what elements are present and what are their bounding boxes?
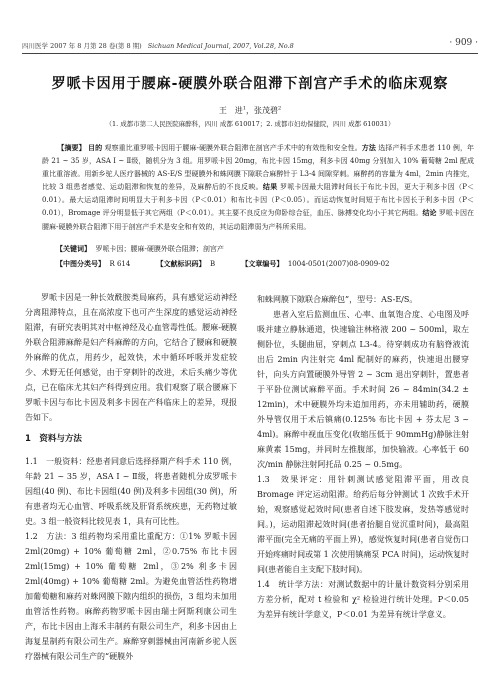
objective-text: 观察重比重罗哌卡因用于腰麻-硬膜外联合阻滞在剖宫产手术中的有效性和安全性。 (105, 144, 362, 152)
objective-label: 目的 (88, 144, 102, 152)
methods-label: 方法 (362, 144, 376, 152)
abstract-label: 【摘要】 (57, 144, 85, 152)
page-number: · 909 · (449, 38, 478, 48)
intro-paragraph: 罗哌卡因是一种长效酰胺类局麻药，具有感觉运动神经分离阻滞特点，且在高浓度下也可产… (25, 290, 237, 425)
subsection-1-1: 1.1 一般资料：经患者同意后选择择期产科手术 110 例，年龄 21 ~ 35… (25, 454, 237, 529)
author-line: 王 进1，张茂碧2 (0, 105, 500, 116)
author-name: 张茂碧 (254, 106, 278, 115)
header-divider (22, 53, 478, 54)
subsection-1-2: 1.2 方法：3 组药物均采用重比重配方：①1% 罗哌卡因 2ml(20mg) … (25, 529, 237, 664)
body-column-left: 罗哌卡因是一种长效酰胺类局麻药，具有感觉运动神经分离阻滞特点，且在高浓度下也可产… (25, 290, 237, 664)
procedure-paragraph: 患者入室后监测血压、心率、血氧饱合度、心电图及呼吸并建立静脉通道，快速输注林格液… (257, 307, 469, 472)
clc-label: 【中图分类号】 (56, 260, 105, 268)
doc-code-label: 【文献标识码】 (157, 260, 206, 268)
subsection-1-4: 1.4 统计学方法：对测试数据中的计量计数资料分别采用方差分析，配对 t 检验和… (257, 577, 469, 622)
author-separator: ， (246, 106, 254, 115)
abstract-body: 【摘要】 目的 观察重比重罗哌卡因用于腰麻-硬膜外联合阻滞在剖宫产手术中的有效性… (42, 142, 474, 234)
conclusion-label: 结论 (422, 209, 436, 217)
journal-citation: 四川医学 2007 年 8 月第 28 卷(第 8 期)Sichuan Medi… (22, 41, 294, 50)
section-heading: 1 资料与方法 (25, 432, 237, 447)
article-no-label: 【文章编号】 (241, 260, 283, 268)
journal-cn: 四川医学 2007 年 8 月第 28 卷(第 8 期) (22, 42, 142, 50)
results-label: 结果 (263, 183, 278, 191)
author-affil-mark: 2 (278, 105, 281, 111)
keywords-label: 【关键词】 (56, 245, 91, 253)
keywords-row: 【关键词】 罗哌卡因；腰麻-硬膜外联合阻滞；剖宫产 (56, 244, 224, 254)
subsection-1-3: 1.3 效果评定：用针刺测试感觉阻滞平面，用改良 Bromage 评定运动阻滞。… (257, 472, 469, 577)
affiliations: （1. 成都市第二人民医院麻醉科，四川 成都 610017；2. 成都市妇幼保健… (0, 119, 500, 128)
clc-value: R 614 (109, 260, 130, 268)
abstract: 【摘要】 目的 观察重比重罗哌卡因用于腰麻-硬膜外联合阻滞在剖宫产手术中的有效性… (42, 142, 474, 234)
classification-row: 【中图分类号】 R 614 【文献标识码】 B 【文章编号】 1004-0501… (56, 259, 389, 269)
article-no-value: 1004-0501(2007)08-0909-02 (288, 260, 390, 268)
keywords-text: 罗哌卡因；腰麻-硬膜外联合阻滞；剖宫产 (95, 245, 223, 253)
running-header: 四川医学 2007 年 8 月第 28 卷(第 8 期)Sichuan Medi… (22, 38, 478, 52)
article-title: 罗哌卡因用于腰麻-硬膜外联合阻滞下剖宫产手术的临床观察 (0, 73, 500, 93)
subsection-1-2-continued: 和蛛网膜下隙联合麻醉包”，型号：AS-E/S。 (257, 292, 469, 307)
author-name: 王 进 (219, 106, 243, 115)
journal-en: Sichuan Medical Journal, 2007, Vol.28, N… (148, 42, 294, 50)
body-column-right: 和蛛网膜下隙联合麻醉包”，型号：AS-E/S。 患者入室后监测血压、心率、血氧饱… (257, 292, 469, 622)
doc-code-value: B (210, 260, 215, 268)
